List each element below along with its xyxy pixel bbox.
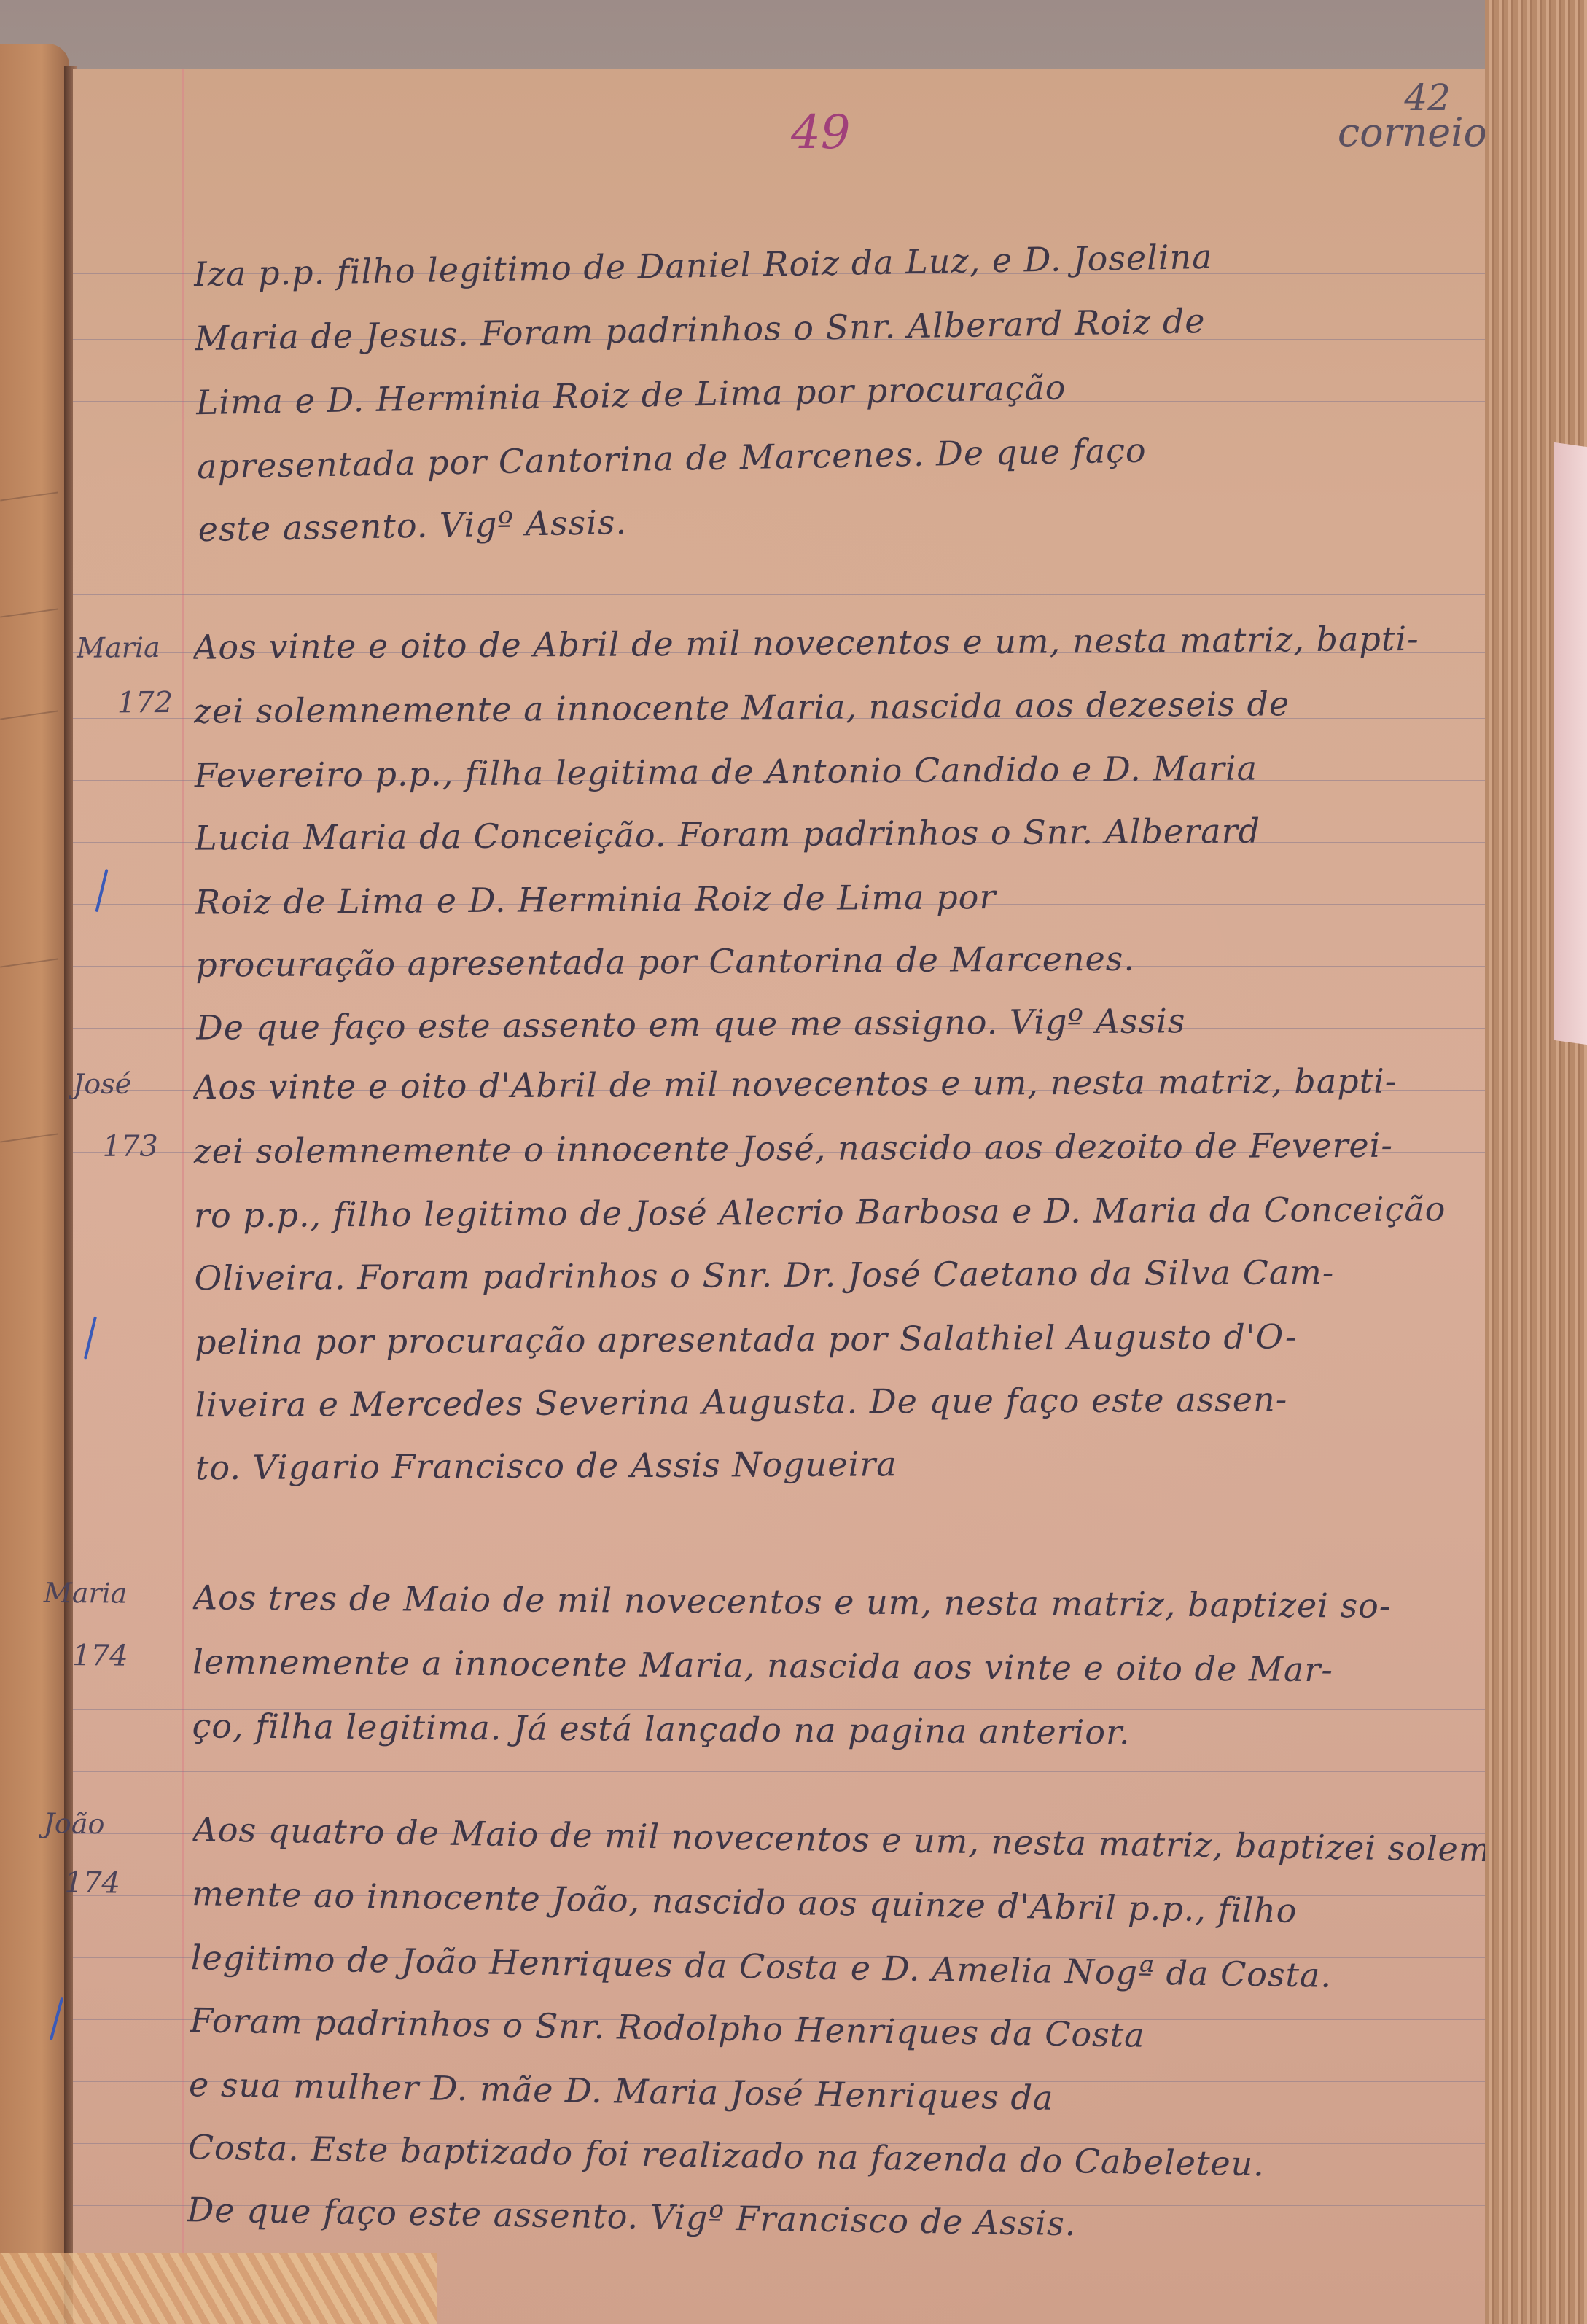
- entry-line: apresentada por Cantorina de Marcenes. D…: [197, 424, 1492, 486]
- entry-line: ço, filha legitima. Já está lançado na p…: [192, 1706, 1486, 1754]
- entry-line: ro p.p., filho legitimo de José Alecrio …: [194, 1189, 1488, 1235]
- entry-line: Lima e D. Herminia Roiz de Lima por proc…: [195, 360, 1490, 422]
- entry-line: Lucia Maria da Conceição. Foram padrinho…: [195, 809, 1489, 857]
- folio-note: corneio: [1338, 109, 1487, 155]
- lace-cloth: [0, 2253, 437, 2324]
- entry-line: legitimo de João Henriques da Costa e D.…: [190, 1938, 1485, 1997]
- entry-line: liveira e Mercedes Severina Augusta. De …: [195, 1379, 1489, 1424]
- entry-line: e sua mulher D. mãe D. Maria José Henriq…: [189, 2064, 1483, 2124]
- entry-line: De que faço este assento. Vigº Francisco…: [187, 2190, 1481, 2250]
- entry-line: procuração apresentada por Cantorina de …: [195, 936, 1489, 984]
- entry-line: Costa. Este baptizado foi realizado na f…: [187, 2127, 1482, 2187]
- entry-line: Maria de Jesus. Foram padrinhos o Snr. A…: [195, 296, 1489, 358]
- entry-line: lemnemente a innocente Maria, nascida ao…: [192, 1642, 1486, 1690]
- margin-child-name: João: [43, 1807, 104, 1840]
- entry-line: Aos vinte e oito de Abril de mil novecen…: [193, 618, 1487, 666]
- entry-margin: Maria 174: [73, 1577, 182, 1578]
- page-number: 49: [791, 106, 850, 160]
- baptism-entry-174b: João 174 Aos quatro de Maio de mil novec…: [73, 1808, 1502, 1830]
- entry-line: zei solemnemente a innocente Maria, nasc…: [194, 682, 1488, 730]
- entry-margin: José 173: [73, 1067, 182, 1068]
- paper-bookmark: [1554, 442, 1587, 1045]
- entry-line: este assento. Vigº Assis.: [198, 487, 1492, 549]
- entry-line: Iza p.p. filho legitimo de Daniel Roiz d…: [193, 232, 1488, 294]
- baptism-entry-174a: Maria 174 Aos tres de Maio de mil novece…: [73, 1577, 1502, 1587]
- entry-line: mente ao innocente João, nascido aos qui…: [192, 1873, 1486, 1933]
- margin-rule: [182, 69, 184, 2324]
- entry-line: zei solemnemente o innocente José, nasci…: [193, 1125, 1487, 1171]
- entry-line: pelina por procuração apresentada por Sa…: [195, 1316, 1489, 1362]
- margin-child-name: Maria: [44, 1577, 128, 1610]
- entry-line: Aos tres de Maio de mil novecentos e um,…: [193, 1578, 1487, 1626]
- entry-line: to. Vigario Francisco de Assis Nogueira: [195, 1441, 1489, 1487]
- entry-line: Aos quatro de Maio de mil novecentos e u…: [192, 1809, 1487, 1869]
- margin-child-name: Maria: [77, 631, 160, 664]
- entry-line: Roiz de Lima e D. Herminia Roiz de Lima …: [195, 873, 1489, 921]
- baptism-entry-172: Maria 172 Aos vinte e oito de Abril de m…: [73, 618, 1502, 628]
- entry-line: De que faço este assento em que me assig…: [196, 999, 1490, 1047]
- record-number: 173: [102, 1130, 158, 1163]
- page-block-edge: [1485, 0, 1587, 2324]
- entry-line: Fevereiro p.p., filha legitima de Antoni…: [194, 746, 1488, 795]
- facing-page-left: [0, 44, 69, 2324]
- entry-margin: Maria 172: [73, 628, 182, 628]
- baptism-entry-173: José 173 Aos vinte e oito d'Abril de mil…: [73, 1061, 1502, 1068]
- margin-child-name: José: [73, 1068, 131, 1100]
- margin-check-mark: [95, 869, 109, 912]
- entry-line: Foram padrinhos o Snr. Rodolpho Henrique…: [190, 2000, 1484, 2060]
- entry-line: Oliveira. Foram padrinhos o Snr. Dr. Jos…: [194, 1252, 1488, 1298]
- entry-margin: João 174: [73, 1808, 182, 1809]
- baptism-entry-continuation: Iza p.p. filho legitimo de Daniel Roiz d…: [73, 232, 1502, 257]
- table-surface: [0, 0, 1587, 80]
- register-page: 42 corneio 49 Iza p.p. filho legitimo de…: [73, 69, 1502, 2324]
- record-number: 174: [64, 1865, 120, 1900]
- record-number: 172: [117, 686, 173, 720]
- record-number: 174: [72, 1639, 128, 1673]
- entry-line: Aos vinte e oito d'Abril de mil novecent…: [193, 1061, 1487, 1107]
